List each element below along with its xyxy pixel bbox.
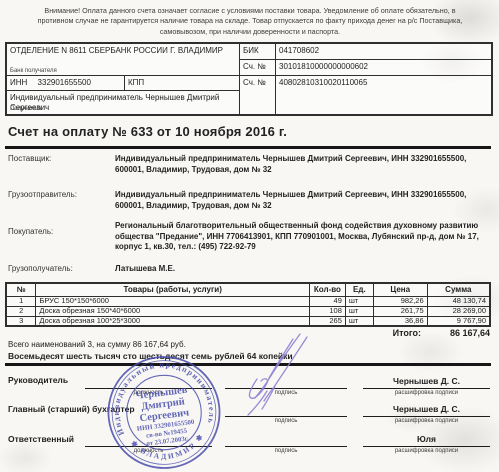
supplier-label: Поставщик: [8,154,112,163]
title-divider [5,146,491,149]
signer-role-responsible: Ответственный [8,434,74,444]
consignee-text: Латышева М.Е. [115,264,492,275]
bank-name: ОТДЕЛЕНИЕ N 8611 СБЕРБАНК РОССИИ Г. ВЛАД… [10,46,223,55]
payment-notice: Внимание! Оплата данного счета означает … [28,6,472,37]
item-number: 3 [6,316,36,326]
table-row: 2 Доска обрезная 150*40*6000 108 шт 261,… [6,306,490,316]
col-header-quantity: Кол-во [309,283,345,296]
consignor-text: Индивидуальный предприниматель Чернышев … [115,190,492,211]
signer-role-director: Руководитель [8,375,68,385]
consignor-label: Грузоотправитель: [8,190,112,199]
item-unit: шт [345,296,373,306]
account-value: 40802810310020110065 [276,76,491,114]
signature-line [225,446,347,447]
name-caption: расшифровка подписи [363,448,490,454]
item-price: 982,26 [373,296,427,306]
inn-label: ИНН [10,78,27,87]
item-sum: 9 767,90 [427,316,490,326]
table-row: 1 БРУС 150*150*6000 49 шт 982,26 48 130,… [6,296,490,306]
buyer-label: Покупатель: [8,227,112,236]
invoice-scan-page: Внимание! Оплата данного счета означает … [0,0,499,472]
bank-name-cell: ОТДЕЛЕНИЕ N 8611 СБЕРБАНК РОССИИ Г. ВЛАД… [7,44,240,76]
name-caption: расшифровка подписи [363,390,490,396]
corr-account-value: 30101810000000000602 [276,60,491,76]
kpp-label: КПП [128,78,144,87]
items-header-row: № Товары (работы, услуги) Кол-во Ед. Цен… [6,283,490,296]
invoice-title: Счет на оплату № 633 от 10 ноября 2016 г… [8,124,287,139]
col-header-unit: Ед. [345,283,373,296]
item-quantity: 49 [309,296,345,306]
account-label: Сч. № [240,76,276,114]
signer-name: Юля [363,434,490,444]
item-sum: 48 130,74 [427,296,490,306]
items-table: № Товары (работы, услуги) Кол-во Ед. Цен… [5,282,491,327]
bik-value: 041708602 [276,44,491,60]
item-number: 2 [6,306,36,316]
corr-account-label: Сч. № [240,60,276,76]
item-name: Доска обрезная 150*40*6000 [36,306,310,316]
name-caption: расшифровка подписи [363,418,490,424]
handwritten-signature [236,330,326,422]
round-seal-stamp: Индивидуальный предприниматель ✱ ВЛАДИМИ… [97,346,231,472]
item-unit: шт [345,306,373,316]
bik-label: БИК [240,44,276,60]
signer-name: Чернышев Д. С. [363,376,490,386]
item-name: Доска обрезная 100*25*3000 [36,316,310,326]
kpp-cell: КПП [125,76,240,91]
totals-note: Всего наименований 3, на сумму 86 167,64… [8,340,186,349]
col-header-sum: Сумма [427,283,490,296]
col-header-price: Цена [373,283,427,296]
recipient-cell: Индивидуальный предприниматель Чернышев … [7,91,240,114]
inn-cell: ИНН 332901655500 [7,76,125,91]
item-quantity: 108 [309,306,345,316]
item-unit: шт [345,316,373,326]
name-line [363,388,490,389]
total-label: Итого: [393,328,421,338]
total-value: 86 167,64 [450,328,490,338]
supplier-text: Индивидуальный предприниматель Чернышев … [115,154,492,175]
col-header-number: № [6,283,36,296]
recipient-caption: Получатель [10,106,43,113]
consignee-label: Грузополучатель: [8,264,112,273]
signature-caption: подпись [225,448,347,454]
buyer-text: Региональный благотворительный обществен… [115,221,492,253]
item-price: 261,75 [373,306,427,316]
item-quantity: 265 [309,316,345,326]
item-price: 36,86 [373,316,427,326]
name-line [363,446,490,447]
bank-name-caption: Банк получателя [10,68,57,74]
table-row: 3 Доска обрезная 100*25*3000 265 шт 36,8… [6,316,490,326]
signer-name: Чернышев Д. С. [363,404,490,414]
name-line [363,416,490,417]
col-header-goods: Товары (работы, услуги) [36,283,310,296]
item-name: БРУС 150*150*6000 [36,296,310,306]
item-number: 1 [6,296,36,306]
bank-requisites-table: ОТДЕЛЕНИЕ N 8611 СБЕРБАНК РОССИИ Г. ВЛАД… [5,42,493,116]
item-sum: 28 269,00 [427,306,490,316]
inn-value: 332901655500 [38,78,91,87]
